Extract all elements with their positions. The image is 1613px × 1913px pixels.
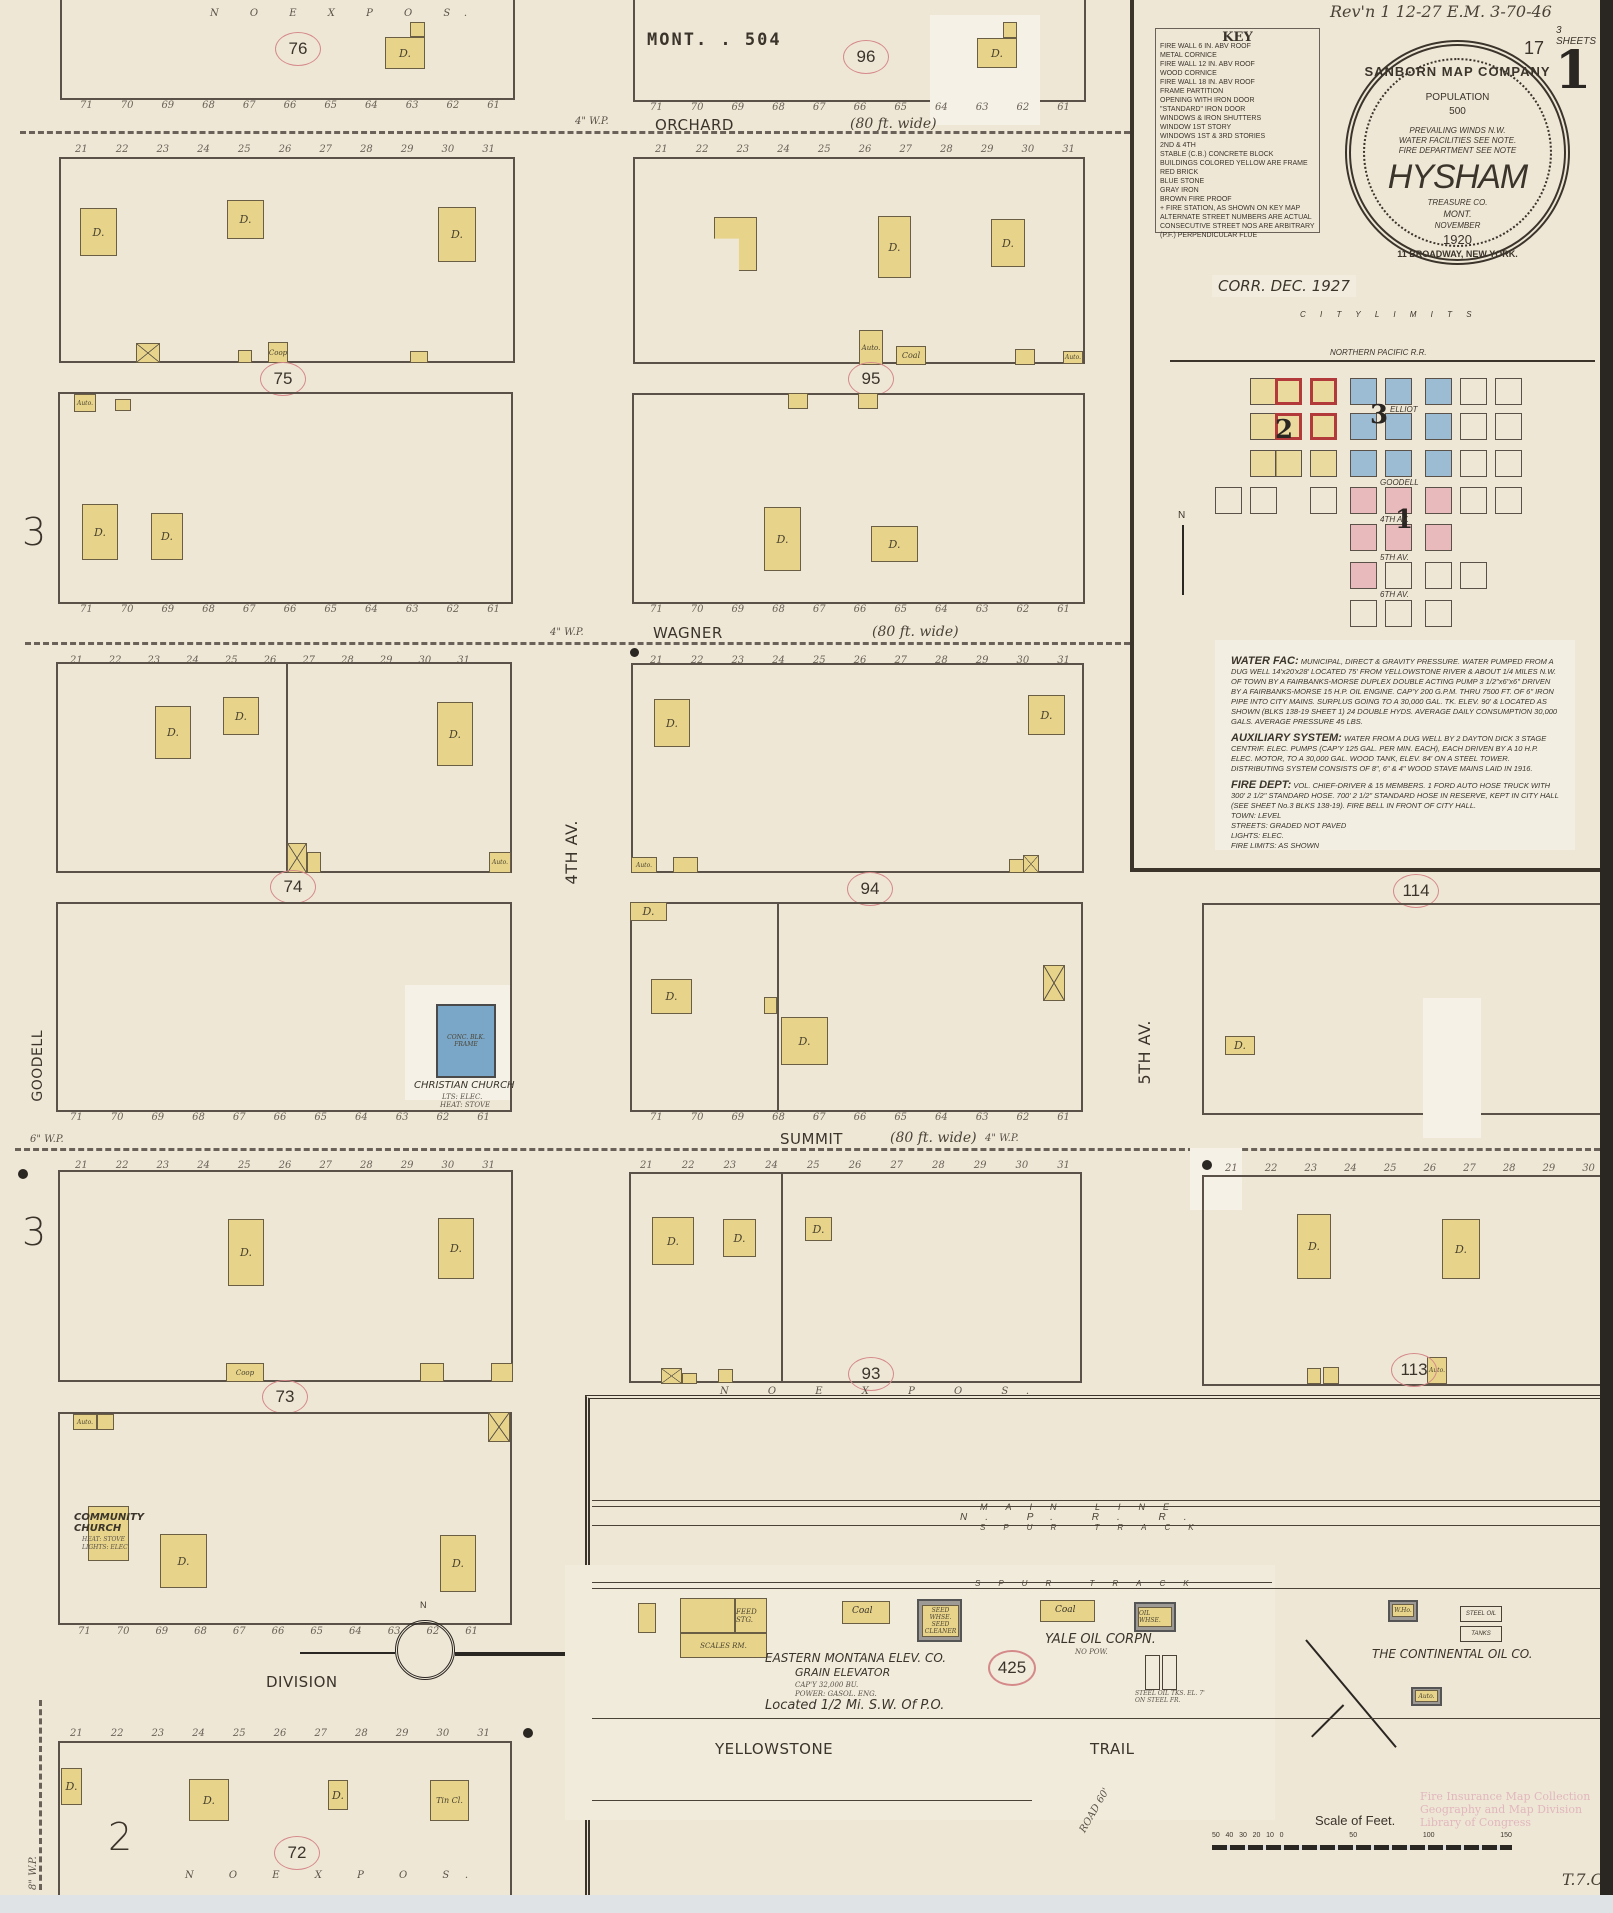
dwelling: D. [1442, 1219, 1480, 1279]
oil-warehouse-label: OIL WHSE. [1138, 1607, 1172, 1627]
outbuilding [410, 22, 425, 37]
block-number: 74 [270, 870, 316, 904]
water-pipe-size: 4" W.P. [985, 1133, 1019, 1144]
street-division: DIVISION [266, 1673, 338, 1691]
coal-shed: Coal [896, 346, 926, 365]
adjoining-sheet-ref: 3 [22, 510, 46, 554]
dwelling: D. [723, 1219, 756, 1257]
key-item: WOOD CORNICE [1160, 69, 1315, 78]
dwelling: D. [328, 1780, 348, 1810]
aux-title: AUXILIARY SYSTEM: [1231, 732, 1342, 744]
keymap-north-label: N [1178, 510, 1185, 521]
dwelling: D. [781, 1017, 828, 1065]
keymap-north-arrow-icon [1182, 525, 1184, 595]
outbuilding [638, 1603, 656, 1633]
steel-oil-tank: STEEL OIL [1460, 1606, 1502, 1622]
keymap-railroad: NORTHERN PACIFIC R.R. [1330, 348, 1427, 357]
key-item: FIRE WALL 12 IN. ABV ROOF [1160, 60, 1315, 69]
outbuilding [307, 852, 321, 873]
hydrant-icon [18, 1169, 28, 1179]
block-113 [1202, 1175, 1600, 1386]
street-5th-av: 5TH AV. [1135, 1020, 1154, 1084]
keymap-city-limits: C I T Y L I M I T S [1300, 310, 1478, 319]
church-lights: LIGHTS: ELEC. [82, 1544, 129, 1551]
water-pipe-size: 4" W.P. [575, 116, 609, 127]
church-lights: LTS: ELEC. [442, 1093, 482, 1101]
dwelling: D. [160, 1534, 207, 1588]
block-number: 75 [260, 362, 306, 396]
hydrant-icon [630, 648, 639, 657]
outbuilding [1015, 349, 1035, 365]
seed-warehouse-label: SEED WHSE. SEED CLEANER [922, 1605, 959, 1637]
outbuilding [410, 351, 428, 363]
street-wagner: WAGNER [653, 624, 723, 642]
street-4th-av: 4TH AV. [562, 820, 581, 884]
lot-numbers: 7170696867666564636261 [650, 102, 1070, 113]
publisher-address: 11 BROADWAY, NEW YORK. [1351, 249, 1564, 259]
key-map: C I T Y L I M I T S NORTHERN PACIFIC R.R… [1170, 300, 1595, 620]
compass-arrow-east [455, 1652, 565, 1656]
keymap-rail-line [1170, 360, 1595, 362]
auto-garage: Auto. [74, 394, 96, 412]
sheet-edge [1600, 0, 1613, 1895]
spur-track-label: SPUR TRACK [980, 1523, 1212, 1532]
sheet-number: 1 [1555, 40, 1591, 101]
keymap-street: 5TH AV. [1380, 553, 1409, 562]
dwelling: D. [223, 697, 259, 735]
dwelling: Tin Cl. [430, 1780, 469, 1821]
auto-garage: Auto. [73, 1414, 97, 1430]
water-main-8in: 8" W.P. [28, 1700, 42, 1890]
scale-ticks: 5040302010050100150 [1212, 1832, 1512, 1839]
steel-oil-tank [1145, 1655, 1160, 1690]
coal-label: Coal [1055, 1605, 1076, 1615]
keymap-street: GOODELL [1380, 478, 1419, 487]
block-114 [1202, 903, 1600, 1115]
dwelling: D. [878, 216, 911, 278]
keymap-street: ELLIOT [1390, 405, 1418, 414]
population-label: POPULATION [1351, 92, 1564, 103]
dwelling: D. [61, 1768, 82, 1805]
compass-n-label: N [420, 1600, 427, 1610]
outbuilding [858, 393, 878, 409]
elevator-company-label: EASTERN MONTANA ELEV. CO. [765, 1651, 946, 1665]
water-main-wagner [25, 642, 1130, 645]
church-heat: HEAT: STOVE [82, 1536, 125, 1543]
outbuilding [1323, 1367, 1339, 1384]
key-item: WINDOWS & IRON SHUTTERS [1160, 114, 1315, 123]
adjoining-sheet-ref: 2 [108, 1815, 132, 1859]
auto-garage: Auto. [1063, 351, 1083, 364]
block-94 [631, 663, 1084, 873]
outbuilding [788, 393, 808, 409]
map-month: NOVEMBER [1351, 221, 1564, 230]
continental-oil-label: THE CONTINENTAL OIL CO. [1372, 1647, 1533, 1661]
lot-numbers: 7170696867666564636261 [80, 100, 500, 111]
lot-numbers: 2122232425262728293031 [655, 144, 1075, 155]
outbuilding [718, 1369, 733, 1383]
lights-note: LIGHTS: ELEC. [1231, 831, 1559, 841]
dwelling: D. [1028, 695, 1065, 735]
elevator-capacity: CAP'Y 32,000 BU. [795, 1681, 858, 1689]
key-item: OPENING WITH IRON DOOR [1160, 96, 1315, 105]
water-main-summit [15, 1148, 1600, 1151]
elevator-type-label: GRAIN ELEVATOR [795, 1666, 890, 1679]
dwelling: D. [630, 902, 667, 921]
grain-elevator-bins [680, 1598, 735, 1633]
stable [287, 843, 307, 873]
key-item: RED BRICK [1160, 168, 1315, 177]
stable [136, 343, 160, 363]
yale-oil-label: YALE OIL CORPN. [1045, 1632, 1156, 1647]
dwelling: D. [151, 513, 183, 560]
street-width: (80 ft. wide) [872, 624, 959, 640]
fire-title: FIRE DEPT: [1231, 779, 1291, 791]
lot-numbers: 2122232425262728293031 [640, 1160, 1070, 1171]
outbuilding [673, 857, 698, 873]
street-orchard: ORCHARD [655, 116, 734, 134]
dwelling: D. [1225, 1036, 1255, 1055]
water-pipe-size: 6" W.P. [30, 1134, 64, 1145]
block-number: 113 [1391, 1353, 1437, 1387]
spur-track [592, 1588, 1600, 1589]
scale-title: Scale of Feet. [1315, 1813, 1395, 1828]
scan-background [0, 1895, 1613, 1913]
dwelling: D. [385, 37, 425, 69]
lot-numbers: 2122232425262728293031 [70, 1728, 490, 1739]
water-facilities: WATER FACILITIES SEE NOTE. [1381, 136, 1534, 146]
dwelling: D. [438, 1218, 474, 1279]
key-title: KEY [1160, 33, 1315, 42]
dwelling: D. [189, 1779, 229, 1821]
water-fac-text: MUNICIPAL, DIRECT & GRAVITY PRESSURE. WA… [1231, 657, 1557, 726]
no-exposure-label: N O E X P O S. [185, 1870, 484, 1881]
christian-church-building: CONC. BLK. FRAME [436, 1004, 496, 1078]
key-item: GRAY IRON [1160, 186, 1315, 195]
outbuilding [1009, 859, 1024, 873]
road-edge [592, 1800, 1032, 1801]
dwelling: D. [437, 702, 473, 766]
key-item: METAL CORNICE [1160, 51, 1315, 60]
lot-division-line [781, 1172, 783, 1383]
correction-date: CORR. DEC. 1927 [1212, 275, 1356, 297]
dwelling: D. [805, 1217, 832, 1241]
lot-division-line [286, 662, 288, 873]
stable [1023, 855, 1039, 873]
dwelling: D. [871, 526, 918, 562]
steel-oil-tanks-label: STEEL OIL TKS. EL. 7' ON STEEL FR. [1135, 1690, 1205, 1704]
dwelling: D. [991, 219, 1025, 267]
keymap-street: 4TH AV. [1380, 515, 1409, 524]
volume-ref: 17 [1524, 38, 1544, 59]
dwelling: D. [654, 699, 690, 747]
paste-over-patch [1423, 998, 1481, 1138]
dwelling: D. [80, 208, 117, 256]
fire-limits-note: FIRE LIMITS: AS SHOWN [1231, 841, 1559, 851]
key-item: "STANDARD" IRON DOOR [1160, 105, 1315, 114]
streets-note: STREETS: GRADED NOT PAVED [1231, 821, 1559, 831]
lot-numbers: 7170696867666564636261 [650, 1112, 1070, 1123]
legend-key: KEY FIRE WALL 6 IN. ABV ROOF METAL CORNI… [1155, 28, 1320, 233]
adjoining-sheet-ref: 3 [22, 1210, 46, 1254]
key-item: FRAME PARTITION [1160, 87, 1315, 96]
keymap-sheet-2: 2 [1275, 415, 1293, 445]
street-summit: SUMMIT [780, 1130, 843, 1148]
compass-arrow-west [300, 1652, 395, 1654]
state-index: MONT. . 504 [647, 30, 782, 50]
dwelling: D. [1297, 1214, 1331, 1279]
dwelling: D. [651, 979, 692, 1014]
key-item: + FIRE STATION, AS SHOWN ON KEY MAP [1160, 204, 1315, 213]
dwelling: D. [652, 1217, 694, 1265]
main-line-label: MAIN LINE [980, 1502, 1187, 1512]
water-fac-title: WATER FAC: [1231, 655, 1299, 667]
auto-garage: Auto. [489, 852, 511, 873]
water-main-orchard [20, 131, 1130, 134]
town-level: TOWN: LEVEL [1231, 811, 1559, 821]
coop: Coop [226, 1363, 264, 1382]
prevailing-winds: PREVAILING WINDS N.W. [1381, 126, 1534, 136]
block-94-south [630, 902, 1083, 1112]
dwelling: D. [977, 38, 1017, 68]
key-item: WINDOW 1ST STORY [1160, 123, 1315, 132]
seal-notes: PREVAILING WINDS N.W. WATER FACILITIES S… [1381, 126, 1534, 156]
main-line-track [592, 1500, 1600, 1501]
outbuilding [682, 1373, 697, 1384]
handwritten-note: T.7.C [1562, 1870, 1603, 1889]
dwelling: D. [764, 507, 801, 571]
dwelling: D. [438, 207, 476, 262]
block-93 [629, 1172, 1082, 1383]
key-item: WINDOWS 1ST & 3RD STORIES [1160, 132, 1315, 141]
railroad-label: N. P. R. R. [960, 1512, 1205, 1523]
community-church-label: COMMUNITY CHURCH [74, 1512, 144, 1534]
block-95-south [632, 393, 1085, 604]
coop: Coop [268, 342, 288, 363]
key-item: CONSECUTIVE STREET NOS ARE ARBITRARY [1160, 222, 1315, 231]
street-yellowstone: YELLOWSTONE [715, 1740, 833, 1758]
auto-garage: Auto. [631, 857, 657, 873]
continental-oil-whse-label: W.Ho. [1392, 1604, 1414, 1617]
steel-oil-tank: TANKS [1460, 1626, 1502, 1642]
auto-garage-label: Auto. [1415, 1690, 1438, 1702]
outbuilding [238, 350, 252, 363]
town-name: HYSHAM [1351, 158, 1564, 197]
map-year: 1920 [1351, 232, 1564, 247]
key-item: FIRE WALL 18 IN. ABV ROOF [1160, 78, 1315, 87]
county-name: TREASURE CO. [1351, 198, 1564, 207]
block-number: 94 [847, 872, 893, 906]
key-item: FIRE WALL 6 IN. ABV ROOF [1160, 42, 1315, 51]
scale-bar [1212, 1845, 1512, 1850]
lot-numbers: 7170696867666564636261 [650, 604, 1070, 615]
outbuilding [491, 1363, 513, 1382]
dwelling: D. [440, 1535, 476, 1592]
church-heat: HEAT: STOVE [440, 1101, 490, 1109]
outbuilding [1003, 22, 1017, 38]
sanborn-seal: SANBORN MAP COMPANY POPULATION 500 PREVA… [1345, 40, 1570, 265]
population-value: 500 [1351, 106, 1564, 117]
compass-rose-icon [395, 1620, 455, 1680]
stable [488, 1412, 510, 1442]
water-facilities-note: WATER FAC: MUNICIPAL, DIRECT & GRAVITY P… [1215, 640, 1575, 850]
block-number: 425 [988, 1650, 1036, 1686]
lot-division-line [777, 902, 779, 1112]
block-number: 73 [262, 1380, 308, 1414]
map-sheet: Rev'n 1 12-27 E.M. 3-70-46 KEY FIRE WALL… [0, 0, 1600, 1895]
lot-numbers: 21222324252627282930 [1225, 1163, 1595, 1174]
key-item: ALTERNATE STREET NUMBERS ARE ACTUAL [1160, 213, 1315, 222]
key-item: 2ND & 4TH [1160, 141, 1315, 150]
hydrant-icon [1202, 1160, 1212, 1170]
water-pipe-size: 4" W.P. [550, 627, 584, 638]
key-item: BLUE STONE [1160, 177, 1315, 186]
outbuilding [1307, 1368, 1321, 1384]
block-number: 76 [275, 32, 321, 66]
elevator-power: POWER: GASOL. ENG. [795, 1690, 877, 1698]
stable [661, 1368, 682, 1384]
outbuilding [420, 1363, 444, 1382]
block-number: 72 [274, 1836, 320, 1870]
coal-label: Coal [852, 1606, 873, 1616]
outbuilding [764, 997, 777, 1014]
scales-room: SCALES RM. [680, 1633, 767, 1658]
key-item: BROWN FIRE PROOF [1160, 195, 1315, 204]
block-75-south [58, 392, 513, 604]
key-item: STABLE (C.B.) CONCRETE BLOCK [1160, 150, 1315, 159]
block-number: 95 [848, 362, 894, 396]
key-item: BUILDINGS COLORED YELLOW ARE FRAME [1160, 159, 1315, 168]
dwelling: D. [82, 504, 118, 560]
state-name: MONT. [1351, 209, 1564, 219]
street-goodell: GOODELL [30, 1030, 46, 1102]
street-width: (80 ft. wide) [850, 116, 937, 132]
key-item: (P.F.) PERPENDICULAR FLUE [1160, 231, 1315, 240]
publisher-name: SANBORN MAP COMPANY [1351, 64, 1564, 79]
location-note: Located 1/2 Mi. S.W. Of P.O. [765, 1698, 944, 1713]
keymap-street: 6TH AV. [1380, 590, 1409, 599]
hydrant-icon [523, 1728, 533, 1738]
lot-numbers: 7170696867666564636261 [70, 1112, 490, 1123]
keymap-sheet-3: 3 [1370, 400, 1388, 430]
no-exposure-label: N O E X P O S. [210, 8, 481, 19]
dwelling: D. [228, 1219, 264, 1286]
block-74 [56, 662, 512, 873]
fire-department: FIRE DEPARTMENT SEE NOTE [1381, 146, 1534, 156]
yale-oil-note: NO POW. [1075, 1648, 1108, 1656]
feed-storage: FEED STG. [735, 1598, 767, 1633]
spur-track-label: SPUR TRACK [975, 1579, 1207, 1588]
outbuilding [115, 399, 131, 411]
christian-church-label: CHRISTIAN CHURCH [414, 1080, 515, 1091]
street-width: (80 ft. wide) [890, 1130, 977, 1146]
dwelling: D. [227, 200, 264, 239]
stable [1043, 965, 1065, 1001]
auto-garage: Auto. [859, 330, 883, 365]
dwelling: D. [155, 706, 191, 759]
block-number: 96 [843, 40, 889, 74]
lot-numbers: 7170696867666564636261 [80, 604, 500, 615]
street-trail: TRAIL [1090, 1740, 1135, 1758]
loc-watermark: Fire Insurance Map Collection Geography … [1420, 1790, 1590, 1829]
road-edge [592, 1718, 1600, 1719]
steel-oil-tank [1162, 1655, 1177, 1690]
outbuilding [97, 1414, 114, 1430]
lot-numbers: 2122232425262728293031 [75, 144, 495, 155]
